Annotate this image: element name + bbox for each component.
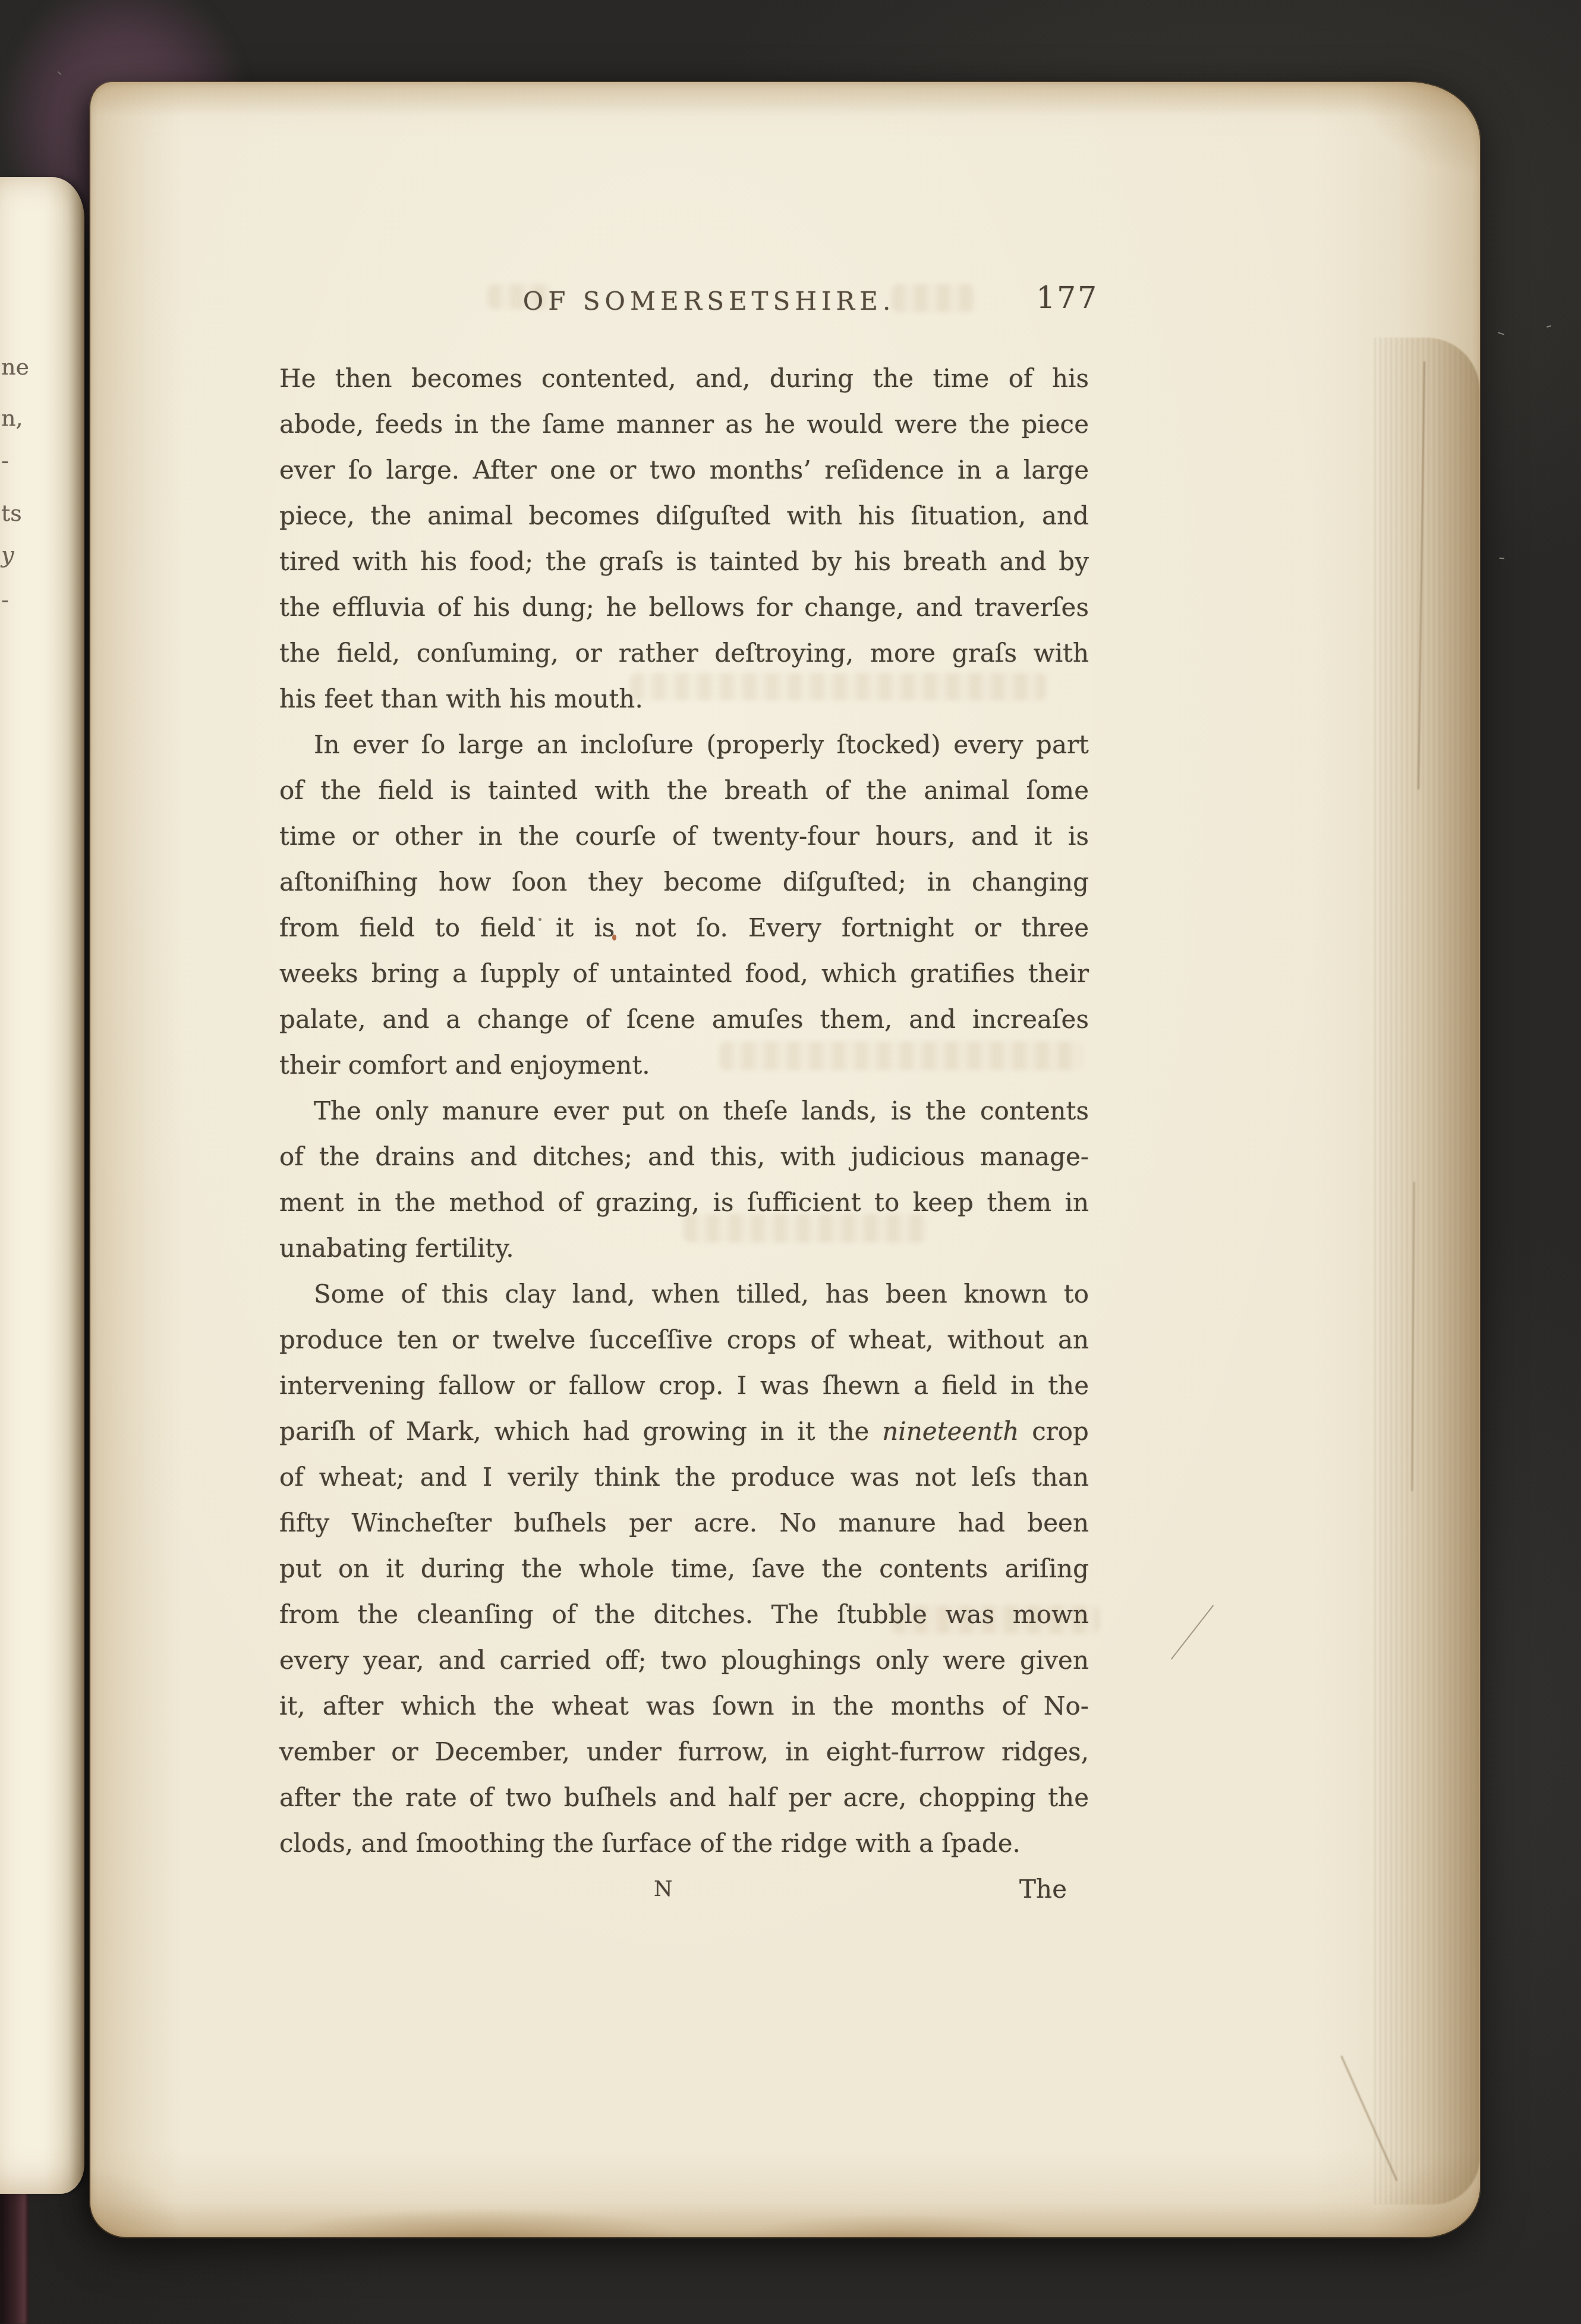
cut-off-text-fragment: - <box>1 589 9 611</box>
text-line: the effluvia of his dung; he bellows for… <box>279 584 1089 630</box>
text-line: Some of this clay land, when tilled, has… <box>279 1271 1089 1317</box>
text-line: pariſh of Mark, which had growing in it … <box>279 1408 1089 1454</box>
text-line: after the rate of two buſhels and half p… <box>279 1775 1089 1820</box>
text-line: from the cleanſing of the ditches. The ſ… <box>279 1592 1089 1637</box>
text-line: produce ten or twelve ſucceſſive crops o… <box>279 1317 1089 1363</box>
line-segment: pariſh of Mark, which had growing in it … <box>279 1417 882 1446</box>
text-line: piece, the animal becomes diſguſted with… <box>279 493 1089 539</box>
text-line: ment in the method of grazing, is ſuffic… <box>279 1180 1089 1225</box>
text-line: his feet than with his mouth. <box>279 676 1089 722</box>
book-page: OF SOMERSETSHIRE. 177 He then becomes co… <box>90 82 1480 2237</box>
body-text: He then becomes contented, and, during t… <box>279 356 1089 1866</box>
text-line: clods, and ſmoothing the ſurface of the … <box>279 1820 1089 1866</box>
text-line: put on it during the whole time, ſave th… <box>279 1546 1089 1592</box>
text-line: every year, and carried off; two ploughi… <box>279 1637 1089 1683</box>
text-line: abode, feeds in the ſame manner as he wo… <box>279 401 1089 447</box>
text-line: the field, conſuming, or rather deſtroyi… <box>279 630 1089 676</box>
text-line: vember or December, under furrow, in eig… <box>279 1729 1089 1775</box>
text-line: weeks bring a ſupply of untainted food, … <box>279 951 1089 996</box>
cut-off-text-fragment: ne <box>1 356 29 378</box>
text-line: from field to field it is not ſo. Every … <box>279 905 1089 951</box>
fore-edge-shading <box>1374 338 1480 2205</box>
text-line: ever ſo large. After one or two months’ … <box>279 447 1089 493</box>
page-number: 177 <box>1037 275 1098 321</box>
text-line: of the field is tainted with the breath … <box>279 768 1089 813</box>
paragraph: He then becomes contented, and, during t… <box>279 356 1089 722</box>
text-line: their comfort and enjoyment. <box>279 1042 1089 1088</box>
text-line: it, after which the wheat was ſown in th… <box>279 1683 1089 1729</box>
text-line: intervening fallow or fallow crop. I was… <box>279 1363 1089 1408</box>
text-line: of wheat; and I verily think the produce… <box>279 1454 1089 1500</box>
text-line: The only manure ever put on theſe lands,… <box>279 1088 1089 1134</box>
catchword: The <box>1019 1866 1067 1912</box>
cut-off-text-fragment: - <box>1 449 9 472</box>
text-line: unabating fertility. <box>279 1225 1089 1271</box>
cut-off-text-fragment: ts <box>1 502 22 524</box>
signature-mark: N <box>654 1866 673 1912</box>
previous-page-edge: nen,-tsy- <box>0 177 84 2194</box>
text-line: fifty Wincheſter buſhels per acre. No ma… <box>279 1500 1089 1546</box>
signature-row: N The <box>279 1866 1089 1912</box>
paragraph: In ever ſo large an incloſure (properly … <box>279 722 1089 1088</box>
text-line: tired with his food; the graſs is tainte… <box>279 539 1089 584</box>
text-line: In ever ſo large an incloſure (properly … <box>279 722 1089 768</box>
running-head-title: OF SOMERSETSHIRE. <box>304 278 1114 325</box>
text-line: He then becomes contented, and, during t… <box>279 356 1089 401</box>
paragraph: Some of this clay land, when tilled, has… <box>279 1271 1089 1866</box>
line-segment: crop <box>1019 1417 1089 1446</box>
text-block: OF SOMERSETSHIRE. 177 He then becomes co… <box>279 278 1089 1912</box>
paper-scratch <box>1171 1605 1214 1660</box>
cut-off-text-fragment: n, <box>1 407 23 429</box>
text-line: of the drains and ditches; and this, wit… <box>279 1134 1089 1180</box>
text-line: aſtoniſhing how ſoon they become diſguſt… <box>279 859 1089 905</box>
cut-off-text-fragment: y <box>1 543 14 566</box>
italic-word: nineteenth <box>882 1417 1019 1446</box>
paragraph: The only manure ever put on theſe lands,… <box>279 1088 1089 1271</box>
text-line: time or other in the courſe of twenty-fo… <box>279 813 1089 859</box>
text-line: palate, and a change of ſcene amuſes the… <box>279 996 1089 1042</box>
running-head-row: OF SOMERSETSHIRE. 177 <box>279 278 1089 325</box>
